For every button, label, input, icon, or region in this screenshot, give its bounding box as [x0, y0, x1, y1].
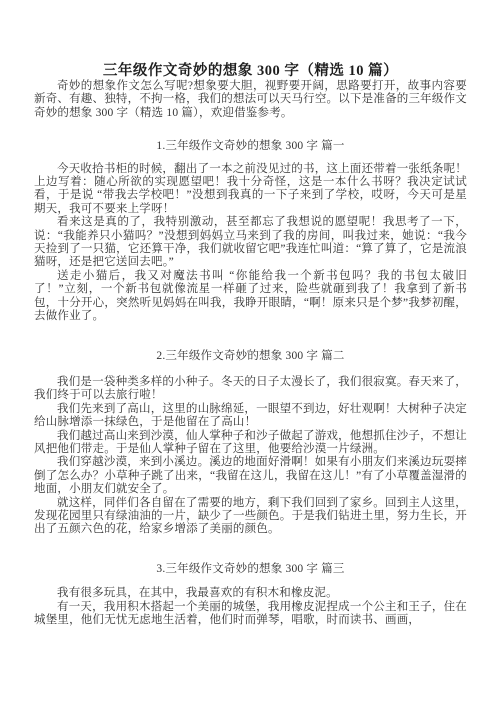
intro-paragraph: 奇妙的想象作文怎么写呢?想象要大胆，视野要开阔，思路要打开，故事内容要新奇、有趣… [34, 80, 467, 120]
section-2-paragraph: 我们越过高山来到沙漠，仙人掌种子和沙子做起了游戏，他想抓住沙子，不想让风把他们带… [34, 430, 467, 457]
section-1-paragraph: 看来这是真的了，我特别激动，甚至都忘了我想说的愿望呢！我思考了一下，说：“我能养… [34, 216, 467, 270]
document-page: 三年级作文奇妙的想象 300 字（精选 10 篇） 奇妙的想象作文怎么写呢?想象… [0, 0, 500, 708]
section-2-paragraph: 我们穿越沙漠，来到小溪边。溪边的地面好滑啊！如果有小朋友们来溪边玩耍摔倒了怎么办… [34, 456, 467, 496]
section-1-paragraph: 今天收拾书柜的时候，翻出了一本之前没见过的书，这上面还带着一张纸条呢！上边写着：… [34, 163, 467, 217]
section-3-heading: 3.三年级作文奇妙的想象 300 字 篇三 [34, 563, 467, 576]
section-1-heading: 1.三年级作文奇妙的想象 300 字 篇一 [34, 140, 467, 153]
section-2-paragraph: 我们是一袋种类多样的小种子。冬天的日子太漫长了，我们很寂寞。春天来了，我们终于可… [34, 376, 467, 403]
section-2-paragraph: 就这样，同伴们各自留在了需要的地方，剩下我们回到了家乡。回到主人这里，发现花园里… [34, 497, 467, 537]
section-2-paragraph: 我们先来到了高山，这里的山脉绵延，一眼望不到边，好壮观啊！大树种子决定给山脉增添… [34, 403, 467, 430]
section-3-paragraph: 有一天，我用积木搭起一个美丽的城堡，我用橡皮泥捏成一个公主和王子，住在城堡里，他… [34, 601, 467, 628]
section-3-paragraph: 我有很多玩具，在其中，我最喜欢的有积木和橡皮泥。 [34, 587, 467, 600]
document-title: 三年级作文奇妙的想象 300 字（精选 10 篇） [34, 62, 467, 80]
section-2-heading: 2.三年级作文奇妙的想象 300 字 篇二 [34, 350, 467, 363]
scan-artifact-dot [247, 350, 250, 353]
section-1-paragraph: 送走小猫后，我又对魔法书叫 “你能给我一个新书包吗？我的书包太破旧了！”立刻，一… [34, 270, 467, 324]
